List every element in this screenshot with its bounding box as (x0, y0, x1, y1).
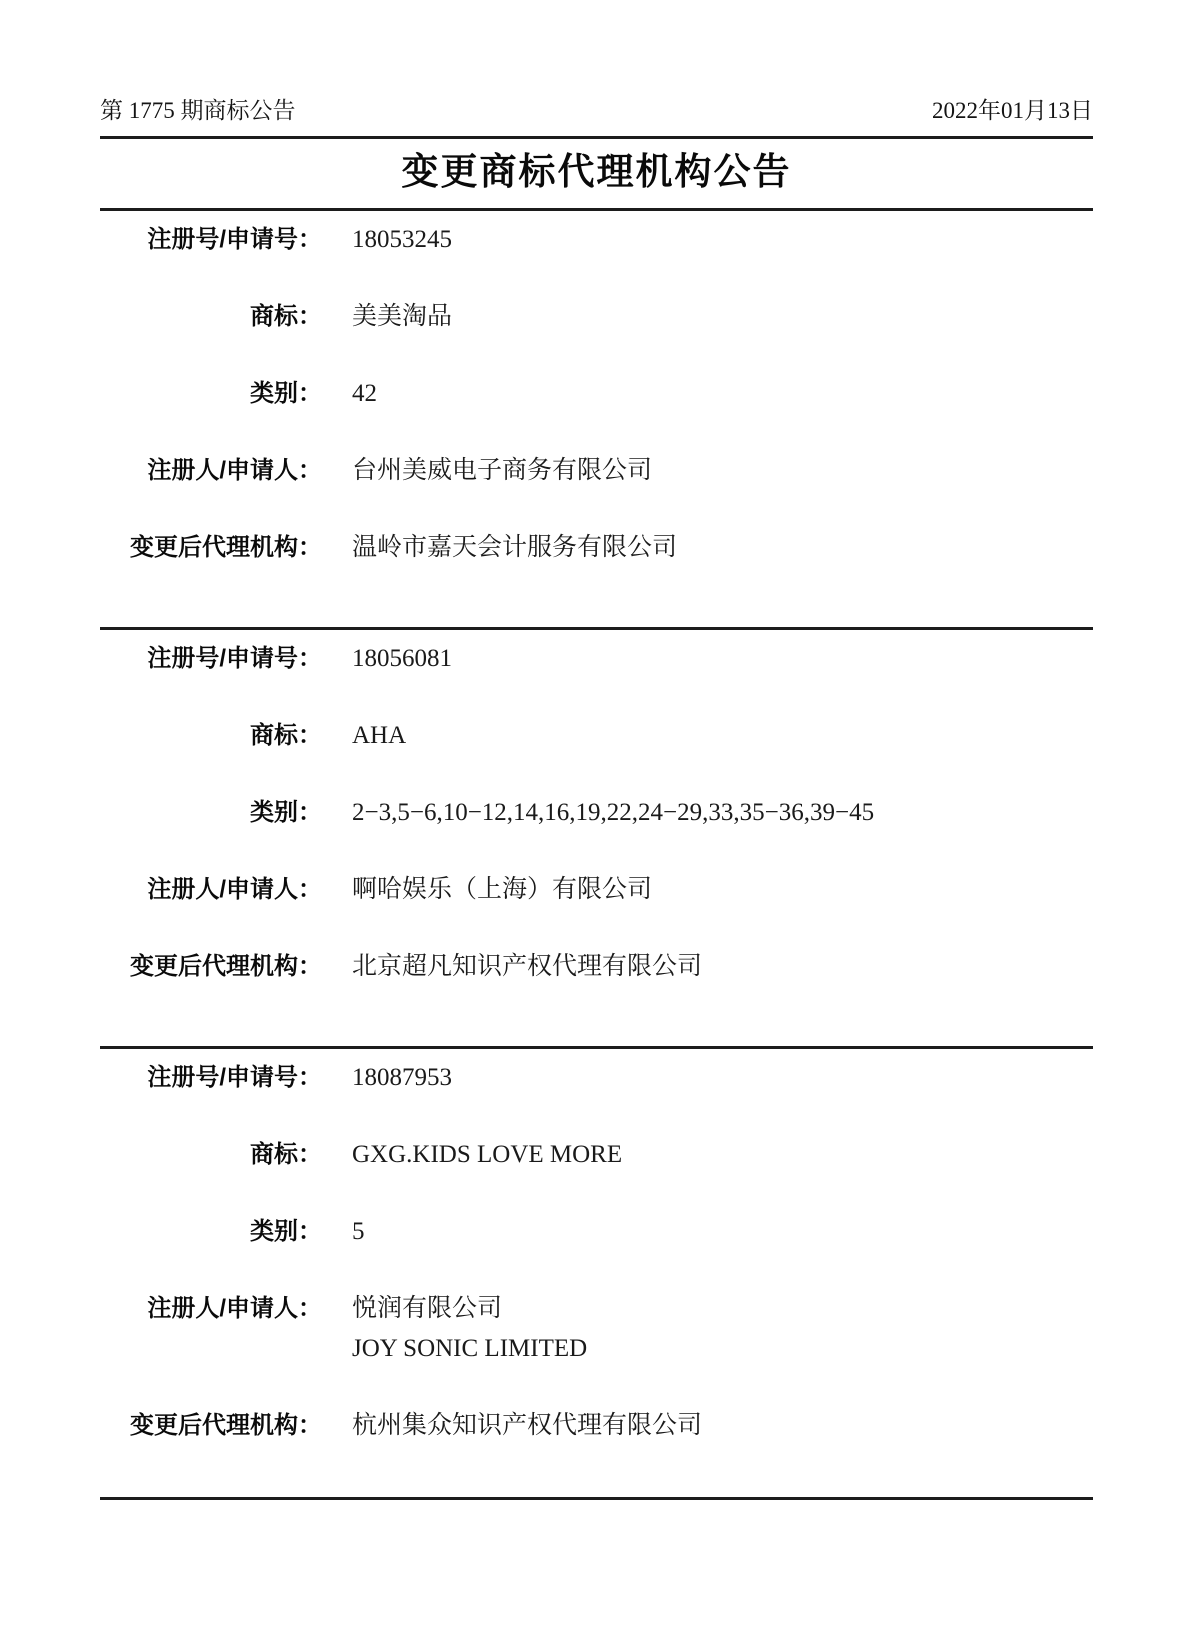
field-row-applicant: 注册人/申请人： 啊哈娱乐（上海）有限公司 (100, 870, 1093, 910)
field-row-reg-no: 注册号/申请号： 18056081 (100, 639, 1093, 679)
applicant-line-en: JOY SONIC LIMITED (352, 1329, 587, 1369)
trademark-label: 商标： (100, 716, 322, 756)
trademark-value: 美美淘品 (352, 297, 452, 337)
new-agency-value: 杭州集众知识产权代理有限公司 (352, 1406, 702, 1446)
field-row-reg-no: 注册号/申请号： 18087953 (100, 1058, 1093, 1098)
issue-number: 第 1775 期商标公告 (100, 96, 296, 126)
issue-date: 2022年01月13日 (932, 96, 1093, 126)
page-title: 变更商标代理机构公告 (100, 149, 1093, 195)
applicant-label: 注册人/申请人： (100, 451, 322, 491)
trademark-value: AHA (352, 716, 406, 756)
applicant-line: 台州美威电子商务有限公司 (352, 451, 652, 491)
reg-no-label: 注册号/申请号： (100, 639, 322, 679)
trademark-value: GXG.KIDS LOVE MORE (352, 1135, 622, 1175)
field-row-new-agency: 变更后代理机构： 北京超凡知识产权代理有限公司 (100, 947, 1093, 987)
new-agency-label: 变更后代理机构： (100, 1406, 322, 1446)
field-row-category: 类别： 5 (100, 1212, 1093, 1252)
field-row-trademark: 商标： 美美淘品 (100, 297, 1093, 337)
category-label: 类别： (100, 374, 322, 414)
category-label: 类别： (100, 1212, 322, 1252)
trademark-record: 注册号/申请号： 18056081 商标： AHA 类别： 2−3,5−6,10… (100, 630, 1093, 987)
field-row-category: 类别： 2−3,5−6,10−12,14,16,19,22,24−29,33,3… (100, 793, 1093, 833)
new-agency-label: 变更后代理机构： (100, 947, 322, 987)
trademark-label: 商标： (100, 1135, 322, 1175)
applicant-value: 啊哈娱乐（上海）有限公司 (352, 870, 652, 910)
field-row-applicant: 注册人/申请人： 台州美威电子商务有限公司 (100, 451, 1093, 491)
header-divider (100, 136, 1093, 139)
applicant-value: 台州美威电子商务有限公司 (352, 451, 652, 491)
new-agency-value: 北京超凡知识产权代理有限公司 (352, 947, 702, 987)
reg-no-label: 注册号/申请号： (100, 220, 322, 260)
applicant-line: 悦润有限公司 (352, 1289, 587, 1329)
reg-no-label: 注册号/申请号： (100, 1058, 322, 1098)
doc-header: 第 1775 期商标公告 2022年01月13日 (100, 0, 1093, 126)
trademark-record: 注册号/申请号： 18053245 商标： 美美淘品 类别： 42 注册人/申请… (100, 211, 1093, 568)
applicant-label: 注册人/申请人： (100, 1289, 322, 1329)
reg-no-value: 18087953 (352, 1058, 452, 1098)
field-row-trademark: 商标： GXG.KIDS LOVE MORE (100, 1135, 1093, 1175)
field-row-new-agency: 变更后代理机构： 温岭市嘉天会计服务有限公司 (100, 528, 1093, 568)
gazette-content: 第 1775 期商标公告 2022年01月13日 变更商标代理机构公告 注册号/… (100, 0, 1093, 1500)
applicant-value: 悦润有限公司 JOY SONIC LIMITED (352, 1289, 587, 1369)
new-agency-label: 变更后代理机构： (100, 528, 322, 568)
field-row-trademark: 商标： AHA (100, 716, 1093, 756)
field-row-applicant: 注册人/申请人： 悦润有限公司 JOY SONIC LIMITED (100, 1289, 1093, 1369)
category-value: 42 (352, 374, 377, 414)
category-value: 2−3,5−6,10−12,14,16,19,22,24−29,33,35−36… (352, 793, 874, 833)
page-bottom-divider (100, 1497, 1093, 1500)
trademark-record: 注册号/申请号： 18087953 商标： GXG.KIDS LOVE MORE… (100, 1049, 1093, 1446)
category-label: 类别： (100, 793, 322, 833)
field-row-category: 类别： 42 (100, 374, 1093, 414)
applicant-line: 啊哈娱乐（上海）有限公司 (352, 870, 652, 910)
trademark-label: 商标： (100, 297, 322, 337)
gazette-page: 第 1775 期商标公告 2022年01月13日 变更商标代理机构公告 注册号/… (0, 0, 1190, 1646)
reg-no-value: 18056081 (352, 639, 452, 679)
field-row-reg-no: 注册号/申请号： 18053245 (100, 220, 1093, 260)
category-value: 5 (352, 1212, 365, 1252)
field-row-new-agency: 变更后代理机构： 杭州集众知识产权代理有限公司 (100, 1406, 1093, 1446)
new-agency-value: 温岭市嘉天会计服务有限公司 (352, 528, 677, 568)
applicant-label: 注册人/申请人： (100, 870, 322, 910)
reg-no-value: 18053245 (352, 220, 452, 260)
